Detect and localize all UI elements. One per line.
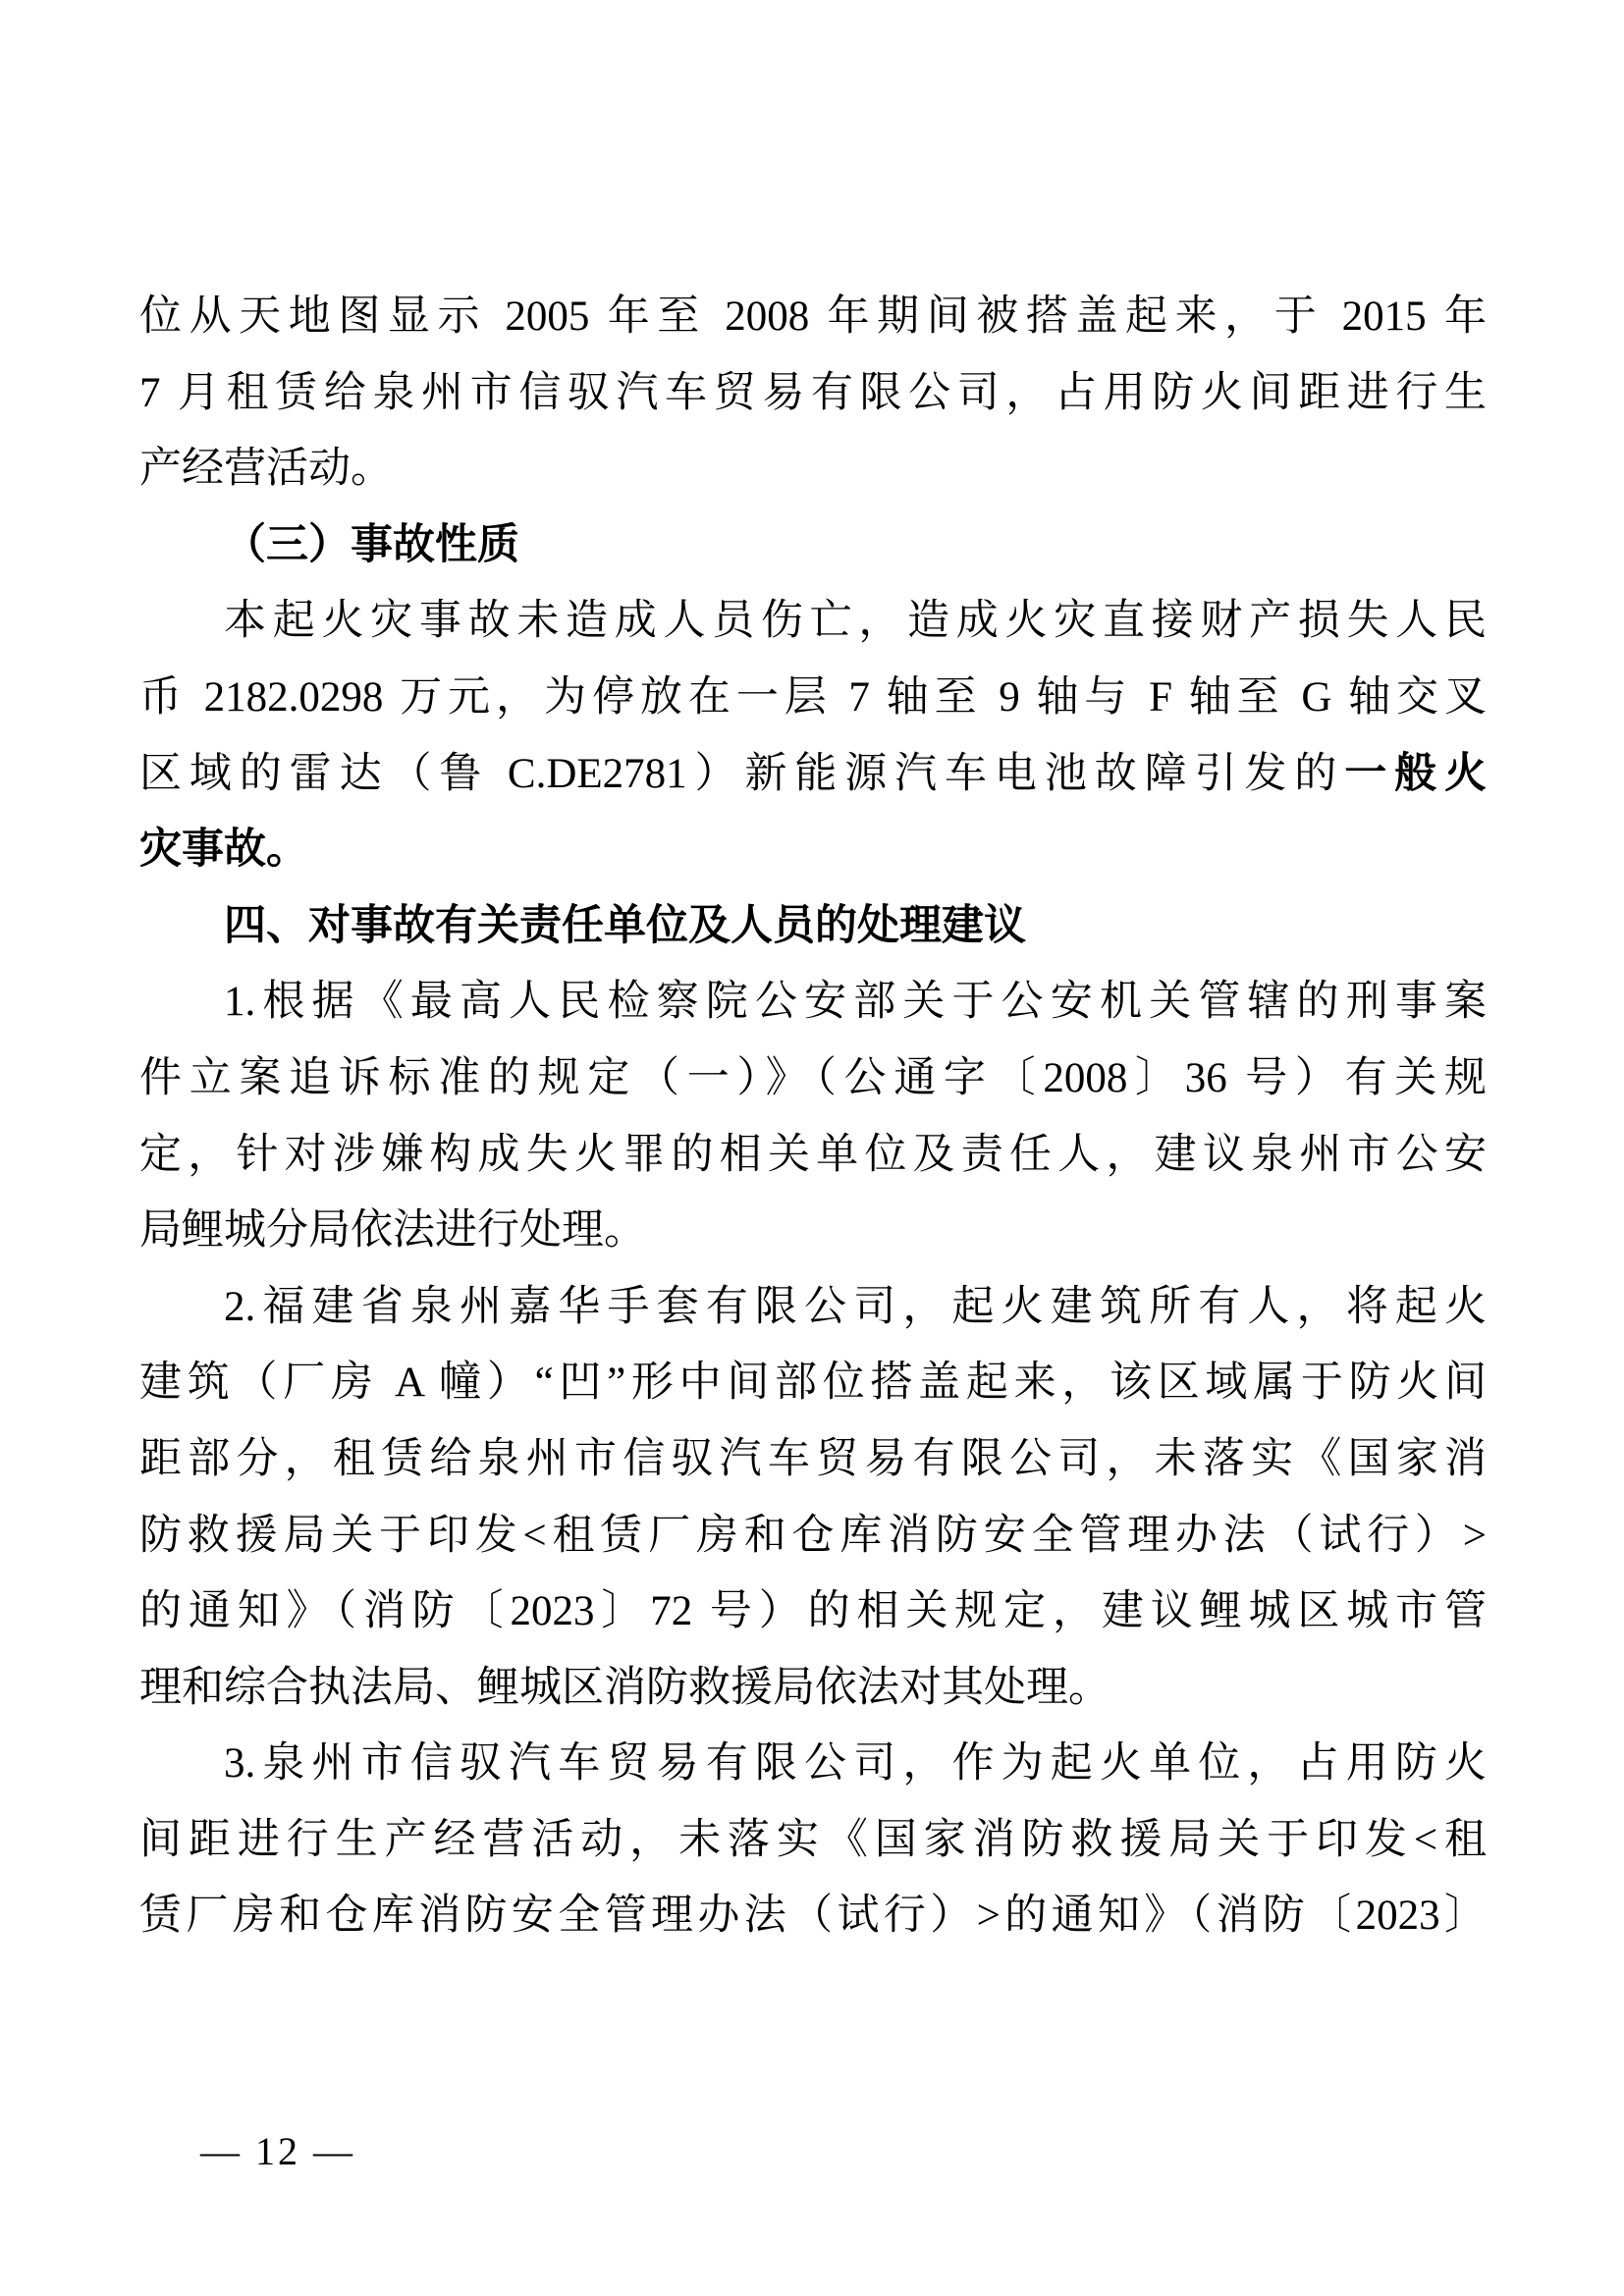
text-line: 定，针对涉嫌构成失火罪的相关单位及责任人，建议泉州市公安	[139, 1117, 1487, 1194]
bold-text-run: 一般火	[1344, 751, 1487, 797]
text-run: 赁厂房和仓库消防安全管理办法（试行）>的通知》（消防〔2023〕	[139, 1893, 1487, 1939]
text-run: 产经营活动。	[139, 446, 393, 492]
page-number: — 12 —	[200, 2128, 355, 2175]
text-run: 本起火灾事故未造成人员伤亡，造成火灾直接财产损失人民	[224, 598, 1487, 644]
text-line: 建筑（厂房 A 幢）“凹”形中间部位搭盖起来，该区域属于防火间	[139, 1345, 1487, 1421]
text-run: 的通知》（消防〔2023〕72 号）的相关规定，建议鲤城区城市管	[139, 1588, 1487, 1634]
text-line: 理和综合执法局、鲤城区消防救援局依法对其处理。	[139, 1650, 1487, 1727]
text-run: 3.泉州市信驭汽车贸易有限公司，作为起火单位，占用防火	[224, 1740, 1487, 1787]
text-run: 建筑（厂房 A 幢）“凹”形中间部位搭盖起来，该区域属于防火间	[139, 1360, 1487, 1406]
text-run: 距部分，租赁给泉州市信驭汽车贸易有限公司，未落实《国家消	[139, 1436, 1487, 1482]
text-run: 局鲤城分局依法进行处理。	[139, 1207, 646, 1254]
text-run: 防救援局关于印发<租赁厂房和仓库消防安全管理办法（试行）>	[139, 1513, 1487, 1559]
text-line: 局鲤城分局依法进行处理。	[139, 1193, 1487, 1269]
text-run: 2.福建省泉州嘉华手套有限公司，起火建筑所有人，将起火	[224, 1284, 1487, 1330]
text-line: 产经营活动。	[139, 431, 1487, 507]
text-line: 的通知》（消防〔2023〕72 号）的相关规定，建议鲤城区城市管	[139, 1574, 1487, 1650]
section-heading-accident-nature: （三）事故性质	[139, 507, 1487, 584]
text-run: 理和综合执法局、鲤城区消防救援局依法对其处理。	[139, 1665, 1110, 1711]
text-line: 1.根据《最高人民检察院公安部关于公安机关管辖的刑事案	[139, 964, 1487, 1041]
text-run: 间距进行生产经营活动，未落实《国家消防救援局关于印发<租	[139, 1817, 1487, 1863]
text-line: 7 月租赁给泉州市信驭汽车贸易有限公司，占用防火间距进行生	[139, 355, 1487, 432]
text-line: 位从天地图显示 2005 年至 2008 年期间被搭盖起来，于 2015 年	[139, 279, 1487, 355]
text-run: 币 2182.0298 万元，为停放在一层 7 轴至 9 轴与 F 轴至 G 轴…	[139, 674, 1487, 721]
section-heading-handling-suggestions: 四、对事故有关责任单位及人员的处理建议	[139, 888, 1487, 965]
text-line: 2.福建省泉州嘉华手套有限公司，起火建筑所有人，将起火	[139, 1269, 1487, 1346]
heading-text: （三）事故性质	[224, 522, 519, 568]
text-line: 区域的雷达（鲁 C.DE2781）新能源汽车电池故障引发的一般火	[139, 736, 1487, 813]
text-line: 间距进行生产经营活动，未落实《国家消防救援局关于印发<租	[139, 1802, 1487, 1879]
text-run: 区域的雷达（鲁 C.DE2781）新能源汽车电池故障引发的	[139, 751, 1344, 797]
document-body: 位从天地图显示 2005 年至 2008 年期间被搭盖起来，于 2015 年 7…	[139, 279, 1487, 1954]
document-page: 位从天地图显示 2005 年至 2008 年期间被搭盖起来，于 2015 年 7…	[0, 0, 1624, 2296]
text-line: 防救援局关于印发<租赁厂房和仓库消防安全管理办法（试行）>	[139, 1498, 1487, 1575]
text-run: 位从天地图显示 2005 年至 2008 年期间被搭盖起来，于 2015 年	[139, 294, 1487, 340]
text-run: 7 月租赁给泉州市信驭汽车贸易有限公司，占用防火间距进行生	[139, 370, 1487, 416]
text-run: 件立案追诉标准的规定（一）》（公通字〔2008〕36 号）有关规	[139, 1055, 1487, 1101]
text-run: 定，针对涉嫌构成失火罪的相关单位及责任人，建议泉州市公安	[139, 1132, 1487, 1178]
text-line: 币 2182.0298 万元，为停放在一层 7 轴至 9 轴与 F 轴至 G 轴…	[139, 660, 1487, 736]
text-line: 本起火灾事故未造成人员伤亡，造成火灾直接财产损失人民	[139, 583, 1487, 660]
heading-text: 四、对事故有关责任单位及人员的处理建议	[224, 902, 1026, 949]
text-line: 件立案追诉标准的规定（一）》（公通字〔2008〕36 号）有关规	[139, 1041, 1487, 1117]
text-line: 灾事故。	[139, 812, 1487, 888]
text-line: 3.泉州市信驭汽车贸易有限公司，作为起火单位，占用防火	[139, 1726, 1487, 1802]
bold-text-run: 灾事故。	[139, 827, 308, 873]
text-line: 赁厂房和仓库消防安全管理办法（试行）>的通知》（消防〔2023〕	[139, 1878, 1487, 1954]
text-run: 1.根据《最高人民检察院公安部关于公安机关管辖的刑事案	[224, 979, 1487, 1025]
text-line: 距部分，租赁给泉州市信驭汽车贸易有限公司，未落实《国家消	[139, 1421, 1487, 1498]
